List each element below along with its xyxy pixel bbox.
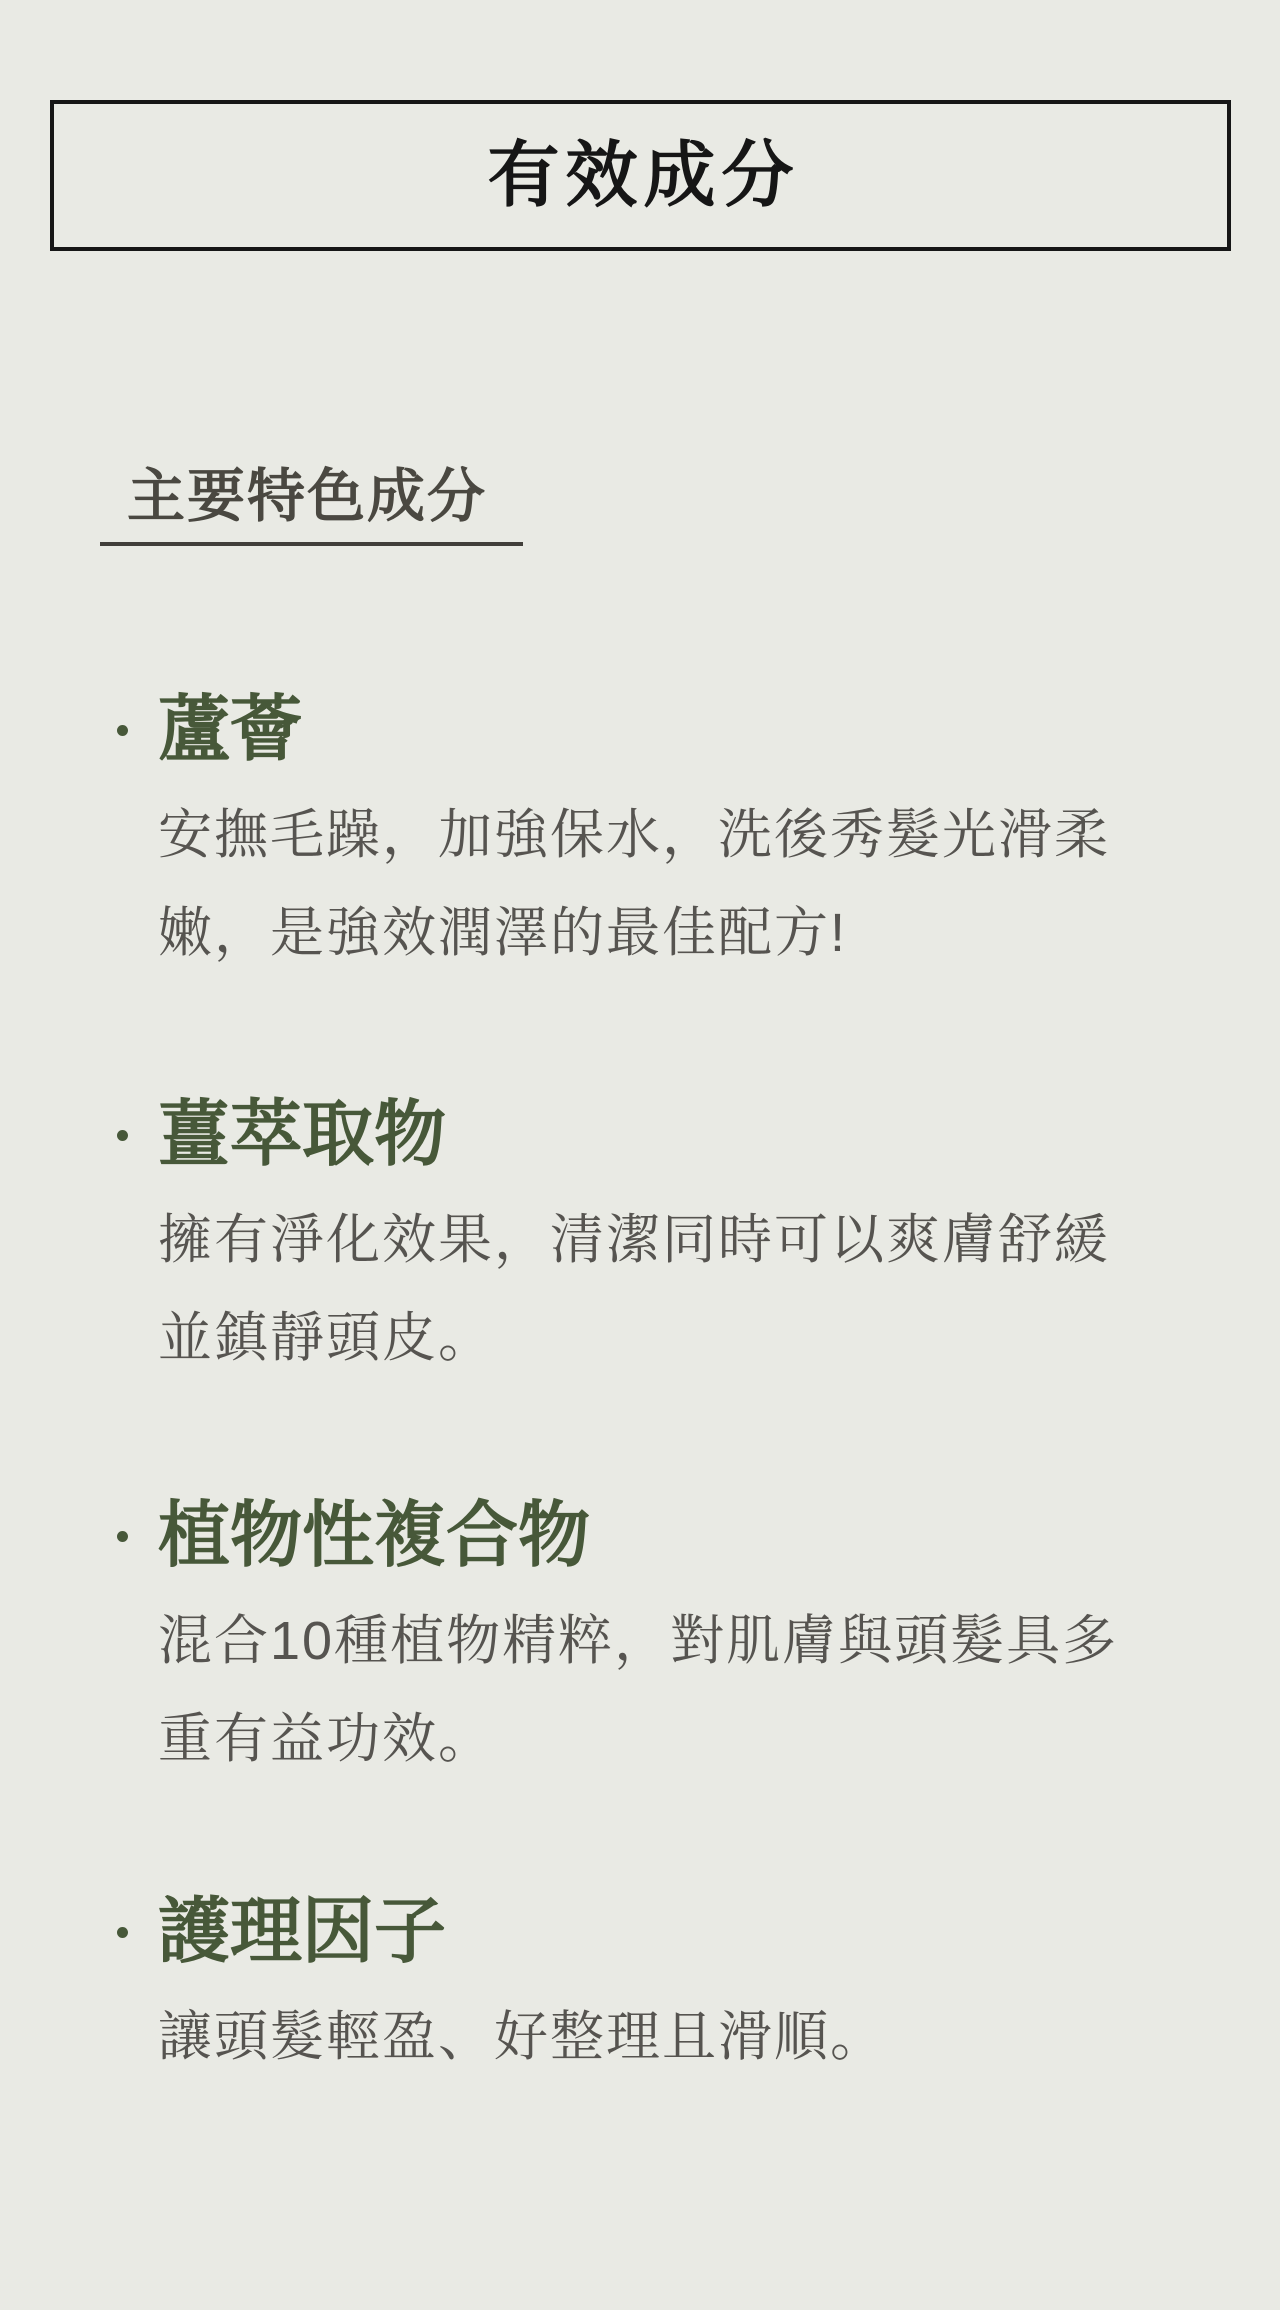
ingredient-title: 護理因子 [158,1896,446,1968]
ingredient-title: 蘆薈 [158,694,302,766]
ingredient-heading-row: 護理因子 [117,1896,1177,1968]
ingredient-section-ginger: 薑萃取物 擁有淨化效果，清潔同時可以爽膚舒緩並鎮靜頭皮。 [117,1099,1177,1387]
ingredient-description: 擁有淨化效果，清潔同時可以爽膚舒緩並鎮靜頭皮。 [158,1191,1138,1387]
ingredient-title: 薑萃取物 [158,1099,446,1171]
ingredient-heading-row: 蘆薈 [117,694,1177,766]
ingredient-section-botanical-complex: 植物性複合物 混合10種植物精粹，對肌膚與頭髮具多重有益功效。 [117,1500,1177,1788]
bullet-dot-icon [117,1531,128,1542]
ingredient-section-care-factor: 護理因子 讓頭髮輕盈、好整理且滑順。 [117,1896,1177,2086]
ingredient-heading-row: 植物性複合物 [117,1500,1177,1572]
ingredient-description: 安撫毛躁，加強保水，洗後秀髮光滑柔嫩，是強效潤澤的最佳配方! [158,786,1138,982]
page-title: 有效成分 [481,140,799,212]
section-label: 主要特色成分 [127,466,487,528]
ingredient-heading-row: 薑萃取物 [117,1099,1177,1171]
ingredient-description: 讓頭髮輕盈、好整理且滑順。 [158,1988,1138,2086]
ingredient-title: 植物性複合物 [158,1500,590,1572]
ingredient-description: 混合10種植物精粹，對肌膚與頭髮具多重有益功效。 [158,1592,1138,1788]
section-label-underline: 主要特色成分 [100,466,523,546]
ingredients-infographic: 有效成分 主要特色成分 蘆薈 安撫毛躁，加強保水，洗後秀髮光滑柔嫩，是強效潤澤的… [0,0,1280,2310]
bullet-dot-icon [117,725,128,736]
bullet-dot-icon [117,1927,128,1938]
title-box: 有效成分 [50,100,1231,251]
ingredient-section-aloe: 蘆薈 安撫毛躁，加強保水，洗後秀髮光滑柔嫩，是強效潤澤的最佳配方! [117,694,1177,982]
bullet-dot-icon [117,1130,128,1141]
